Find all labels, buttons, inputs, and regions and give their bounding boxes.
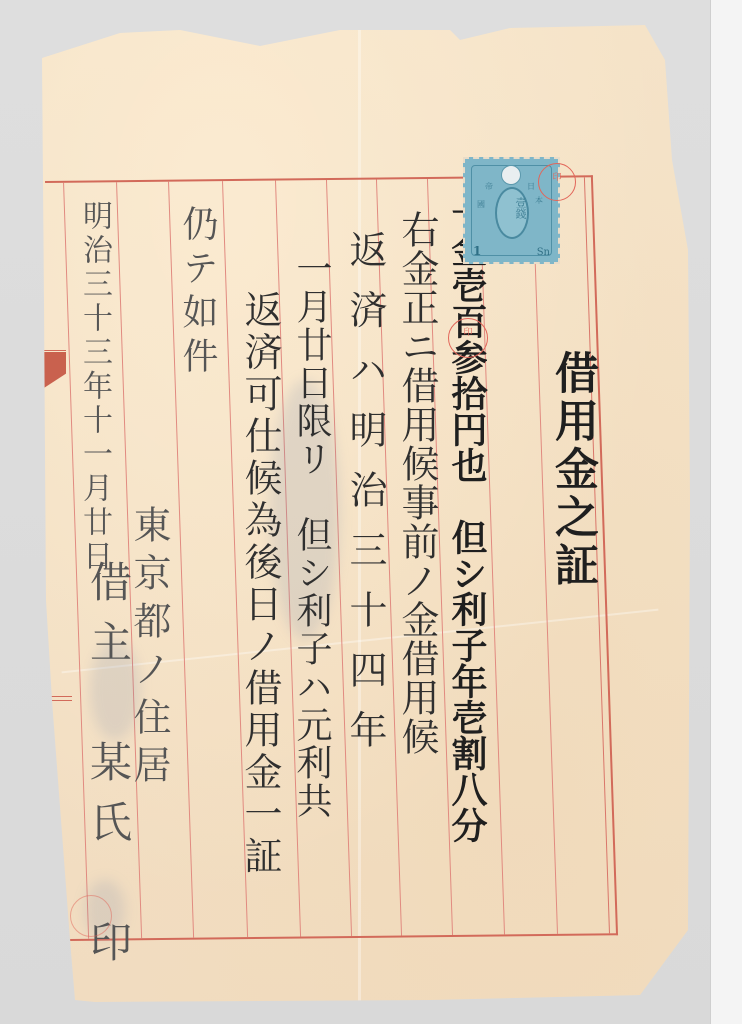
fold-line — [44, 350, 66, 351]
fold-line — [50, 700, 72, 701]
red-seal: 印 — [448, 318, 488, 358]
body-column-1: 一金壱百参拾円也 但シ利子年壱割八分 — [442, 195, 493, 843]
scanner-edge-strip — [710, 0, 742, 1024]
stamp-denomination-text: 壹錢 — [497, 197, 527, 219]
stamp-value: 1 — [473, 244, 481, 258]
stamp-unit: Sn — [537, 247, 550, 258]
stamp-corner-char: 日 — [527, 181, 535, 192]
seal-char: 印 — [539, 170, 575, 183]
document-title: 借用金之証 — [540, 350, 604, 590]
fold-line — [50, 696, 72, 697]
body-column-5: 返済可仕候為後日ノ借用金一証 — [233, 290, 288, 878]
faint-seal — [70, 895, 112, 937]
stamp-corner-char: 國 — [477, 199, 485, 210]
chrysanthemum-crest-icon — [501, 165, 521, 185]
date-line: 明治三十三年十一月廿日 — [72, 200, 116, 574]
stamp-center-oval: 壹錢 — [495, 187, 529, 239]
body-column-6: 仍テ如件 — [172, 205, 223, 381]
stamp-corner-char: 本 — [535, 195, 543, 206]
body-column-2: 右金正ニ借用候事前ノ金借用候 — [390, 210, 445, 756]
red-seal: 印 — [538, 163, 576, 201]
paper-sheet: 借用金之証 一金壱百参拾円也 但シ利子年壱割八分 右金正ニ借用候事前ノ金借用候 … — [0, 0, 742, 1024]
body-column-3: 返済ハ明治三十四年 — [338, 230, 393, 770]
body-column-4: 一月廿日限リ 但シ利子ハ元利共 — [286, 250, 337, 820]
stamp-corner-char: 帝 — [485, 181, 493, 192]
seal-char: 印 — [449, 325, 487, 338]
